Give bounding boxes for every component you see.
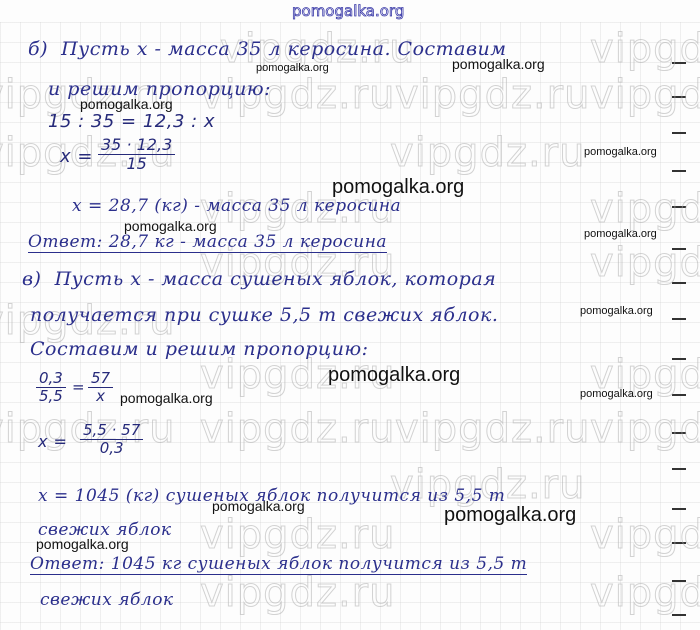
vipgdz-watermark: vipgdz. xyxy=(590,240,700,286)
fraction-numerator: 35 · 12,3 xyxy=(98,136,175,155)
site-header-watermark: pomogalka.org xyxy=(292,2,404,20)
part-v-text-1: Пусть x - масса сушеных яблок, которая xyxy=(55,268,497,290)
margin-mark xyxy=(672,318,686,320)
fraction-0-3-over-5-5: 0,3 5,5 xyxy=(36,370,66,404)
pomogalka-watermark: pomogalka.org xyxy=(584,228,657,240)
margin-mark xyxy=(672,468,686,470)
vipgdz-watermark: vipgdz. xyxy=(590,406,700,452)
margin-mark xyxy=(672,132,686,134)
vipgdz-watermark: vipgdz. xyxy=(590,570,700,616)
part-v-line-2: получается при сушке 5,5 т свежих яблок. xyxy=(30,304,498,326)
pomogalka-watermark: pomogalka.org xyxy=(452,56,545,72)
vipgdz-watermark: vipgdz.ru xyxy=(395,406,590,452)
pomogalka-watermark: pomogalka.org xyxy=(580,388,653,400)
margin-mark xyxy=(672,170,686,172)
vipgdz-watermark: vipgdz.ru xyxy=(200,406,395,452)
vipgdz-watermark: vipgdz. xyxy=(590,72,700,118)
fraction-35-12-3-over-15: 35 · 12,3 15 xyxy=(98,136,175,172)
fraction-denominator: 15 xyxy=(98,155,175,173)
pomogalka-watermark: pomogalka.org xyxy=(120,390,213,406)
part-v-line-3: Составим и решим пропорцию: xyxy=(30,338,369,360)
vipgdz-watermark: vipgdz. xyxy=(590,26,700,72)
part-b-answer: Ответ: 28,7 кг - масса 35 л керосина xyxy=(28,232,387,252)
pomogalka-watermark: pomogalka.org xyxy=(584,146,657,158)
x-equals-label: x = xyxy=(60,146,93,167)
part-b-line-1: б) Пусть x - масса 35 л керосина. Состав… xyxy=(28,38,507,60)
pomogalka-watermark: pomogalka.org xyxy=(80,96,173,112)
part-v-line-1: в) Пусть x - масса сушеных яблок, котора… xyxy=(22,268,496,290)
pomogalka-watermark: pomogalka.org xyxy=(256,62,329,74)
vipgdz-watermark: vipgdz.ru xyxy=(200,570,395,616)
pomogalka-watermark: pomogalka.org xyxy=(332,176,464,199)
vipgdz-watermark: vipgdz.ru xyxy=(395,72,590,118)
fraction-5-5-57-over-0-3: 5,5 · 57 0,3 xyxy=(80,422,143,456)
margin-mark xyxy=(672,508,686,510)
pomogalka-watermark: pomogalka.org xyxy=(124,218,217,234)
fraction-57-over-x: 57 x xyxy=(88,370,113,404)
pomogalka-watermark: pomogalka.org xyxy=(580,305,653,317)
vipgdz-watermark: vipgdz.ru xyxy=(200,512,395,558)
pomogalka-watermark: pomogalka.org xyxy=(212,498,305,514)
vipgdz-watermark: vipgdz.ru xyxy=(390,130,585,176)
pomogalka-watermark: pomogalka.org xyxy=(444,504,576,527)
pomogalka-watermark: pomogalka.org xyxy=(328,364,460,387)
homework-page: vipgdz.ru vipgdz. vipgdz.ru vipgdz.ru vi… xyxy=(0,0,700,630)
proportion-equation: 15 : 35 = 12,3 : x xyxy=(48,111,215,132)
part-v-answer-1: Ответ: 1045 кг сушеных яблок получится и… xyxy=(30,554,527,574)
vipgdz-watermark: vipgdz. xyxy=(590,512,700,558)
x-equals-label-2: x = xyxy=(38,432,67,451)
vipgdz-watermark: vipgdz. xyxy=(590,186,700,232)
part-v-label: в) xyxy=(22,268,41,290)
part-b-result: x = 28,7 (кг) - масса 35 л керосина xyxy=(72,196,401,216)
equals-sign: = xyxy=(72,378,85,396)
pomogalka-watermark: pomogalka.org xyxy=(36,536,129,552)
part-b-text-1: Пусть x - масса 35 л керосина. Составим xyxy=(61,38,506,60)
part-b-label: б) xyxy=(28,38,48,60)
part-v-answer-2: свежих яблок xyxy=(40,590,174,610)
